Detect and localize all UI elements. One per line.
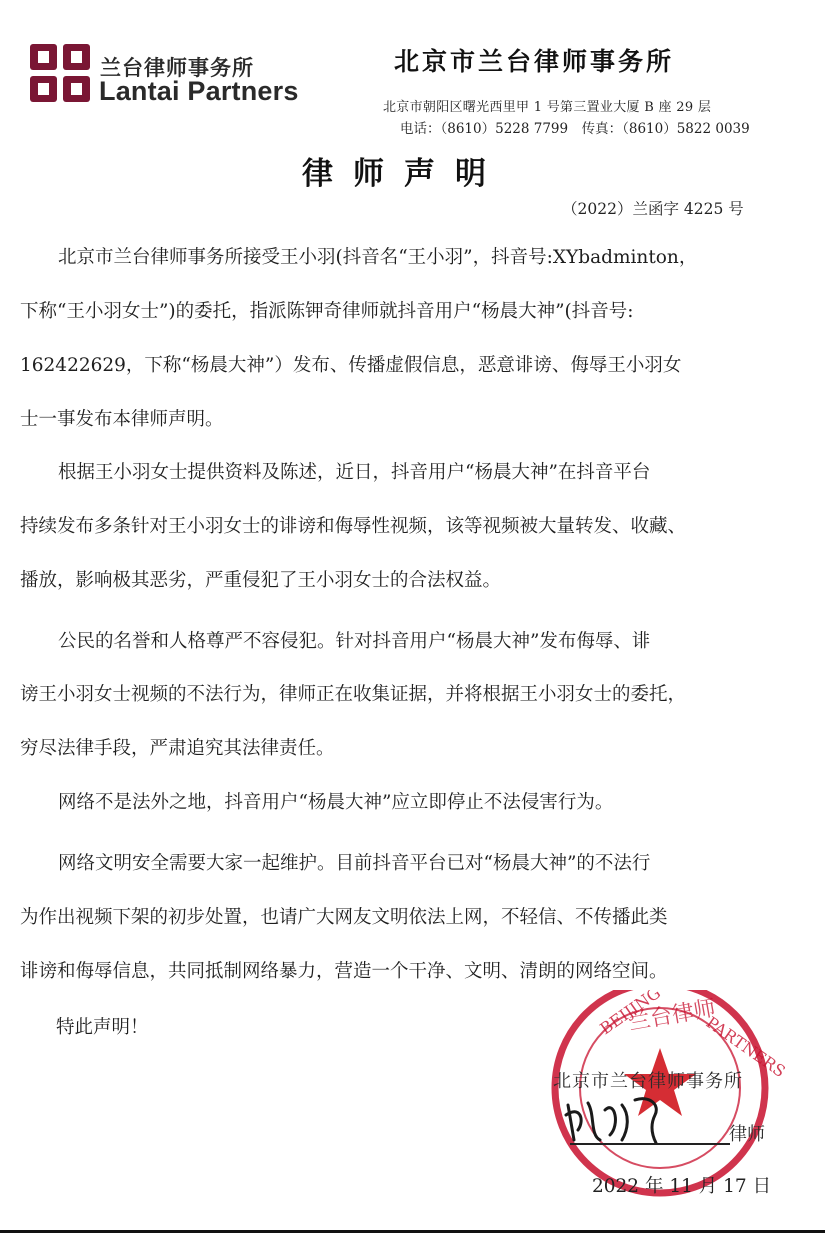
logo-english-name: Lantai Partners bbox=[99, 76, 299, 107]
paragraph-3-line: 穷尽法律手段，严肃追究其法律责任。 bbox=[20, 734, 335, 760]
firm-phone-fax: 电话：（8610）5228 7799 传真：（8610）5822 0039 bbox=[400, 117, 750, 137]
paragraph-4-line: 网络不是法外之地，抖音用户“杨晨大神”应立即停止不法侵害行为。 bbox=[58, 788, 613, 814]
paragraph-1-line: 下称“王小羽女士”)的委托，指派陈钾奇律师就抖音用户“杨晨大神”(抖音号: bbox=[20, 297, 634, 323]
lawyer-signature-icon bbox=[560, 1085, 690, 1145]
logo-square bbox=[30, 44, 57, 70]
closing-statement: 特此声明！ bbox=[56, 1013, 149, 1039]
statement-date: 2022 年 11 月 17 日 bbox=[592, 1172, 771, 1198]
firm-name-heading: 北京市兰台律师事务所 bbox=[394, 42, 674, 78]
paragraph-5-line: 为作出视频下架的初步处置，也请广大网友文明依法上网，不轻信、不传播此类 bbox=[20, 903, 668, 929]
bottom-divider bbox=[0, 1230, 825, 1233]
paragraph-5-line: 诽谤和侮辱信息，共同抵制网络暴力，营造一个干净、文明、清朗的网络空间。 bbox=[20, 957, 668, 983]
paragraph-1-line: 162422629，下称“杨晨大神”）发布、传播虚假信息，恶意诽谤、侮辱王小羽女 bbox=[20, 351, 681, 377]
logo-square bbox=[63, 76, 90, 102]
document-title: 律师声明 bbox=[302, 148, 506, 193]
paragraph-2-line: 持续发布多条针对王小羽女士的诽谤和侮辱性视频，该等视频被大量转发、收藏、 bbox=[20, 512, 686, 538]
paragraph-3-line: 谤王小羽女士视频的不法行为，律师正在收集证据，并将根据王小羽女士的委托， bbox=[20, 680, 686, 706]
firm-logo-icon bbox=[30, 44, 90, 102]
paragraph-2-line: 根据王小羽女士提供资料及陈述，近日，抖音用户“杨晨大神”在抖音平台 bbox=[58, 458, 650, 484]
paragraph-2-line: 播放，影响极其恶劣，严重侵犯了王小羽女士的合法权益。 bbox=[20, 566, 501, 592]
logo-square bbox=[30, 76, 57, 102]
paragraph-1-line: 士一事发布本律师声明。 bbox=[20, 405, 224, 431]
firm-address: 北京市朝阳区曙光西里甲 1 号第三置业大厦 B 座 29 层 bbox=[383, 96, 711, 115]
signature-line bbox=[570, 1143, 730, 1145]
paragraph-3-line: 公民的名誉和人格尊严不容侵犯。针对抖音用户“杨晨大神”发布侮辱、诽 bbox=[58, 627, 650, 653]
logo-square bbox=[63, 44, 90, 70]
paragraph-5-line: 网络文明安全需要大家一起维护。目前抖音平台已对“杨晨大神”的不法行 bbox=[58, 849, 650, 875]
lawyer-label: 律师 bbox=[729, 1120, 765, 1146]
reference-number: （2022）兰函字 4225 号 bbox=[562, 197, 744, 219]
paragraph-1-line: 北京市兰台律师事务所接受王小羽(抖音名“王小羽”，抖音号:XYbadminton… bbox=[58, 243, 697, 269]
